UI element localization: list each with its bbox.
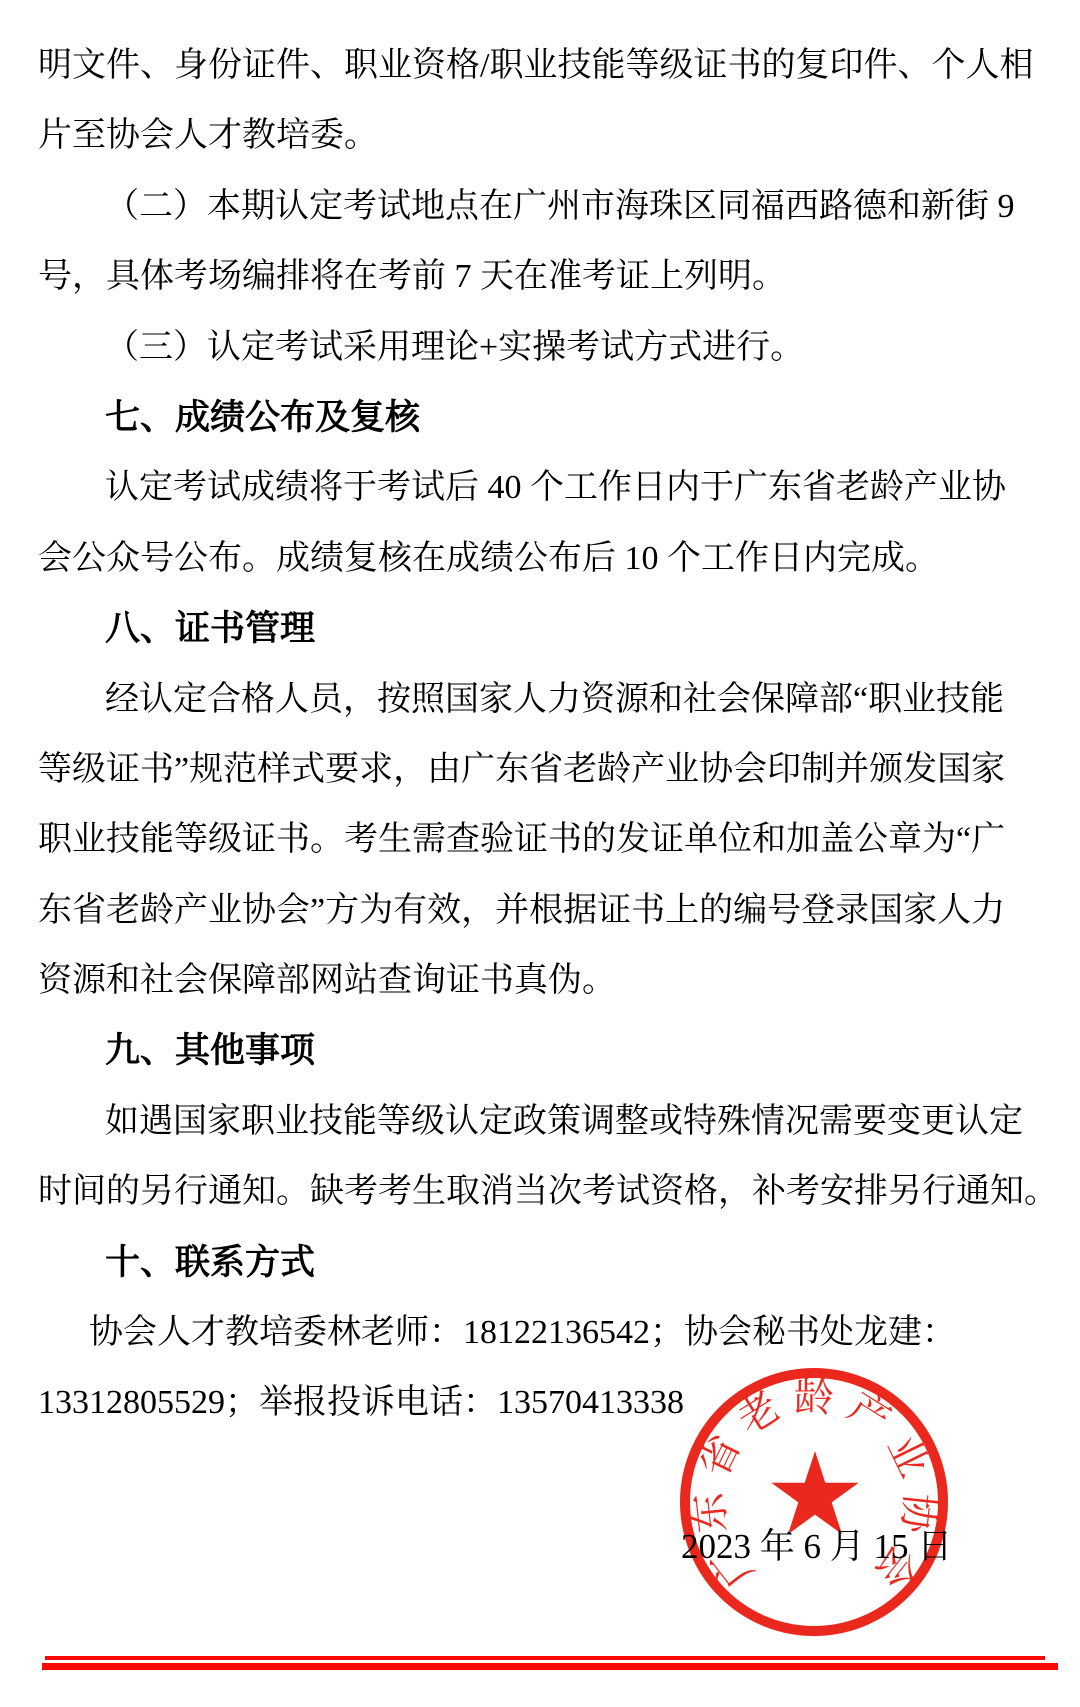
footer-rule-thin xyxy=(45,1656,1045,1660)
section-heading: 八、证书管理 xyxy=(38,594,1050,664)
issue-date: 2023 年 6 月 15 日 xyxy=(681,1529,952,1565)
section-heading: 七、成绩公布及复核 xyxy=(38,383,1050,453)
document-line: 东省老龄产业协会”方为有效，并根据证书上的编号登录国家人力 xyxy=(38,876,1050,946)
document-body: 明文件、身份证件、职业资格/职业技能等级证书的复印件、个人相片至协会人才教培委。… xyxy=(38,31,1050,1439)
official-seal: 广东省老龄产业协会 xyxy=(664,1352,964,1652)
section-heading: 十、联系方式 xyxy=(38,1228,1050,1298)
document-line: 片至协会人才教培委。 xyxy=(38,101,1050,171)
document-line: 如遇国家职业技能等级认定政策调整或特殊情况需要变更认定 xyxy=(38,1087,1050,1157)
footer-rule-thick xyxy=(42,1663,1058,1670)
document-line: 等级证书”规范样式要求，由广东省老龄产业协会印制并颁发国家 xyxy=(38,735,1050,805)
document-line: 号，具体考场编排将在考前 7 天在准考证上列明。 xyxy=(38,242,1050,312)
document-line: 职业技能等级证书。考生需查验证书的发证单位和加盖公章为“广 xyxy=(38,805,1050,875)
document-line: （三）认定考试采用理论+实操考试方式进行。 xyxy=(38,313,1050,383)
star-icon xyxy=(771,1451,858,1534)
document-line: 会公众号公布。成绩复核在成绩公布后 10 个工作日内完成。 xyxy=(38,524,1050,594)
section-heading: 九、其他事项 xyxy=(38,1016,1050,1086)
seal-character: 龄 xyxy=(794,1375,834,1420)
document-line: 经认定合格人员，按照国家人力资源和社会保障部“职业技能 xyxy=(38,665,1050,735)
page: 明文件、身份证件、职业资格/职业技能等级证书的复印件、个人相片至协会人才教培委。… xyxy=(0,0,1080,1707)
document-line: （二）本期认定考试地点在广州市海珠区同福西路德和新街 9 xyxy=(38,172,1050,242)
document-line: 时间的另行通知。缺考考生取消当次考试资格，补考安排另行通知。 xyxy=(38,1157,1050,1227)
document-line: 认定考试成绩将于考试后 40 个工作日内于广东省老龄产业协 xyxy=(38,453,1050,523)
document-line: 明文件、身份证件、职业资格/职业技能等级证书的复印件、个人相 xyxy=(38,31,1050,101)
document-line: 资源和社会保障部网站查询证书真伪。 xyxy=(38,946,1050,1016)
